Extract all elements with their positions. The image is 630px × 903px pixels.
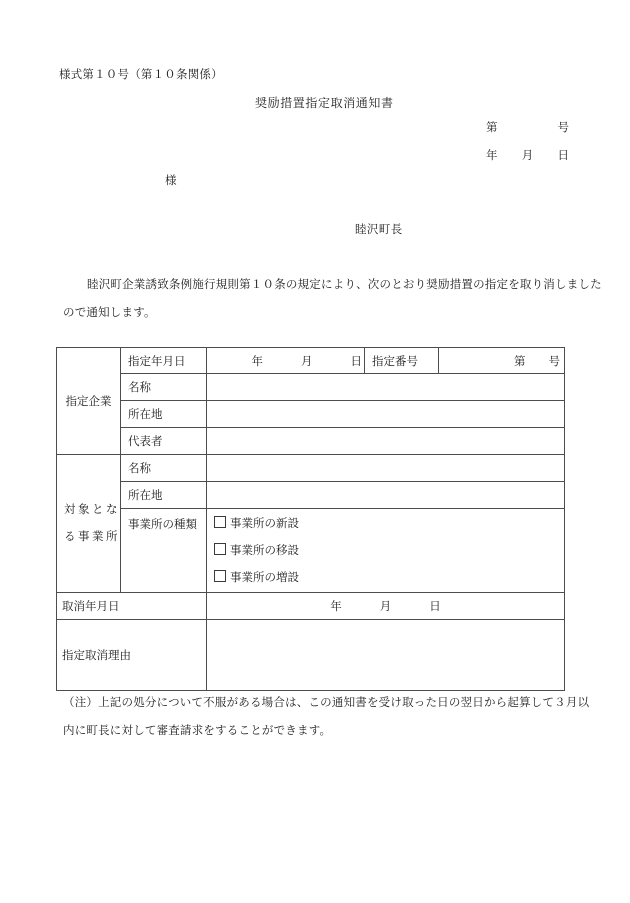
note-paragraph: （注）上記の処分について不服がある場合は、この通知書を受け取った日の翌日から起算…	[63, 689, 608, 745]
cancel-date-day-unit: 日	[429, 598, 441, 614]
office-type-option-new: 事業所の新設	[214, 511, 564, 538]
label-office-address: 所在地	[121, 482, 207, 509]
form-number: 様式第１０号（第１０条関係）	[59, 66, 223, 82]
label-company-address: 所在地	[121, 401, 207, 428]
label-cancel-reason: 指定取消理由	[57, 620, 207, 691]
representative-value-cell	[207, 428, 565, 455]
checkbox-relocate-office-icon	[214, 543, 226, 555]
office-type-option-expand: 事業所の増設	[214, 565, 564, 592]
body-paragraph: 睦沢町企業誘致条例施行規則第１０条の規定により、次のとおり奨励措置の指定を取り消…	[63, 271, 608, 327]
document-page: 様式第１０号（第１０条関係） 奨励措置指定取消通知書 第 号 年 月 日 様 睦…	[0, 0, 630, 903]
date-year-unit: 年	[486, 148, 498, 164]
label-cancel-date: 取消年月日	[57, 593, 207, 620]
designation-number-suffix: 号	[549, 353, 561, 369]
office-address-value-cell	[207, 482, 565, 509]
office-name-value-cell	[207, 455, 565, 482]
office-type-option-relocate: 事業所の移設	[214, 538, 564, 565]
label-representative: 代表者	[121, 428, 207, 455]
office-type-options-cell: 事業所の新設 事業所の移設 事業所の増設	[207, 509, 565, 593]
label-designation-date: 指定年月日	[121, 348, 207, 374]
document-title: 奨励措置指定取消通知書	[255, 94, 394, 111]
date-month-unit: 月	[522, 148, 534, 164]
ref-block: 第 号 年 月 日	[486, 120, 569, 164]
designation-date-value-cell: 年 月 日	[207, 348, 365, 374]
body-line-2: ので通知します。	[63, 299, 608, 327]
group-label-designated-company: 指定企業	[57, 348, 121, 455]
date-day-unit: 日	[558, 148, 570, 164]
label-office-type: 事業所の種類	[121, 509, 207, 593]
cancel-date-year-unit: 年	[330, 598, 342, 614]
designation-date-month-unit: 月	[301, 353, 313, 369]
form-table: 指定企業 指定年月日 年 月 日 指定番号 第 号 名称 所在地	[56, 347, 565, 691]
label-company-name: 名称	[121, 374, 207, 401]
designation-date-year-unit: 年	[252, 353, 264, 369]
designation-date-day-unit: 日	[351, 353, 363, 369]
office-type-option-relocate-label: 事業所の移設	[230, 545, 299, 557]
addressee-honorific: 様	[165, 172, 177, 188]
doc-date-line: 年 月 日	[486, 148, 569, 164]
company-name-value-cell	[207, 374, 565, 401]
office-type-option-expand-label: 事業所の増設	[230, 572, 299, 584]
label-office-name: 名称	[121, 455, 207, 482]
cancel-date-value-cell: 年 月 日	[207, 593, 565, 620]
designation-number-value-cell: 第 号	[439, 348, 565, 374]
cancel-reason-value-cell	[207, 620, 565, 691]
doc-number-prefix: 第	[486, 120, 498, 136]
checkbox-new-office-icon	[214, 516, 226, 528]
note-line-1: （注）上記の処分について不服がある場合は、この通知書を受け取った日の翌日から起算…	[63, 689, 608, 717]
body-line-1: 睦沢町企業誘致条例施行規則第１０条の規定により、次のとおり奨励措置の指定を取り消…	[63, 271, 608, 299]
group-label-target-office: 対象となる事業所	[57, 455, 121, 593]
label-designation-number: 指定番号	[365, 348, 439, 374]
sender-name: 睦沢町長	[355, 221, 403, 237]
designation-number-prefix: 第	[514, 353, 526, 369]
office-type-option-new-label: 事業所の新設	[230, 518, 299, 530]
checkbox-expand-office-icon	[214, 570, 226, 582]
cancel-date-month-unit: 月	[380, 598, 392, 614]
note-line-2: 内に町長に対して審査請求をすることができます。	[63, 717, 608, 745]
doc-number-suffix: 号	[558, 120, 570, 136]
doc-number-line: 第 号	[486, 120, 569, 136]
company-address-value-cell	[207, 401, 565, 428]
